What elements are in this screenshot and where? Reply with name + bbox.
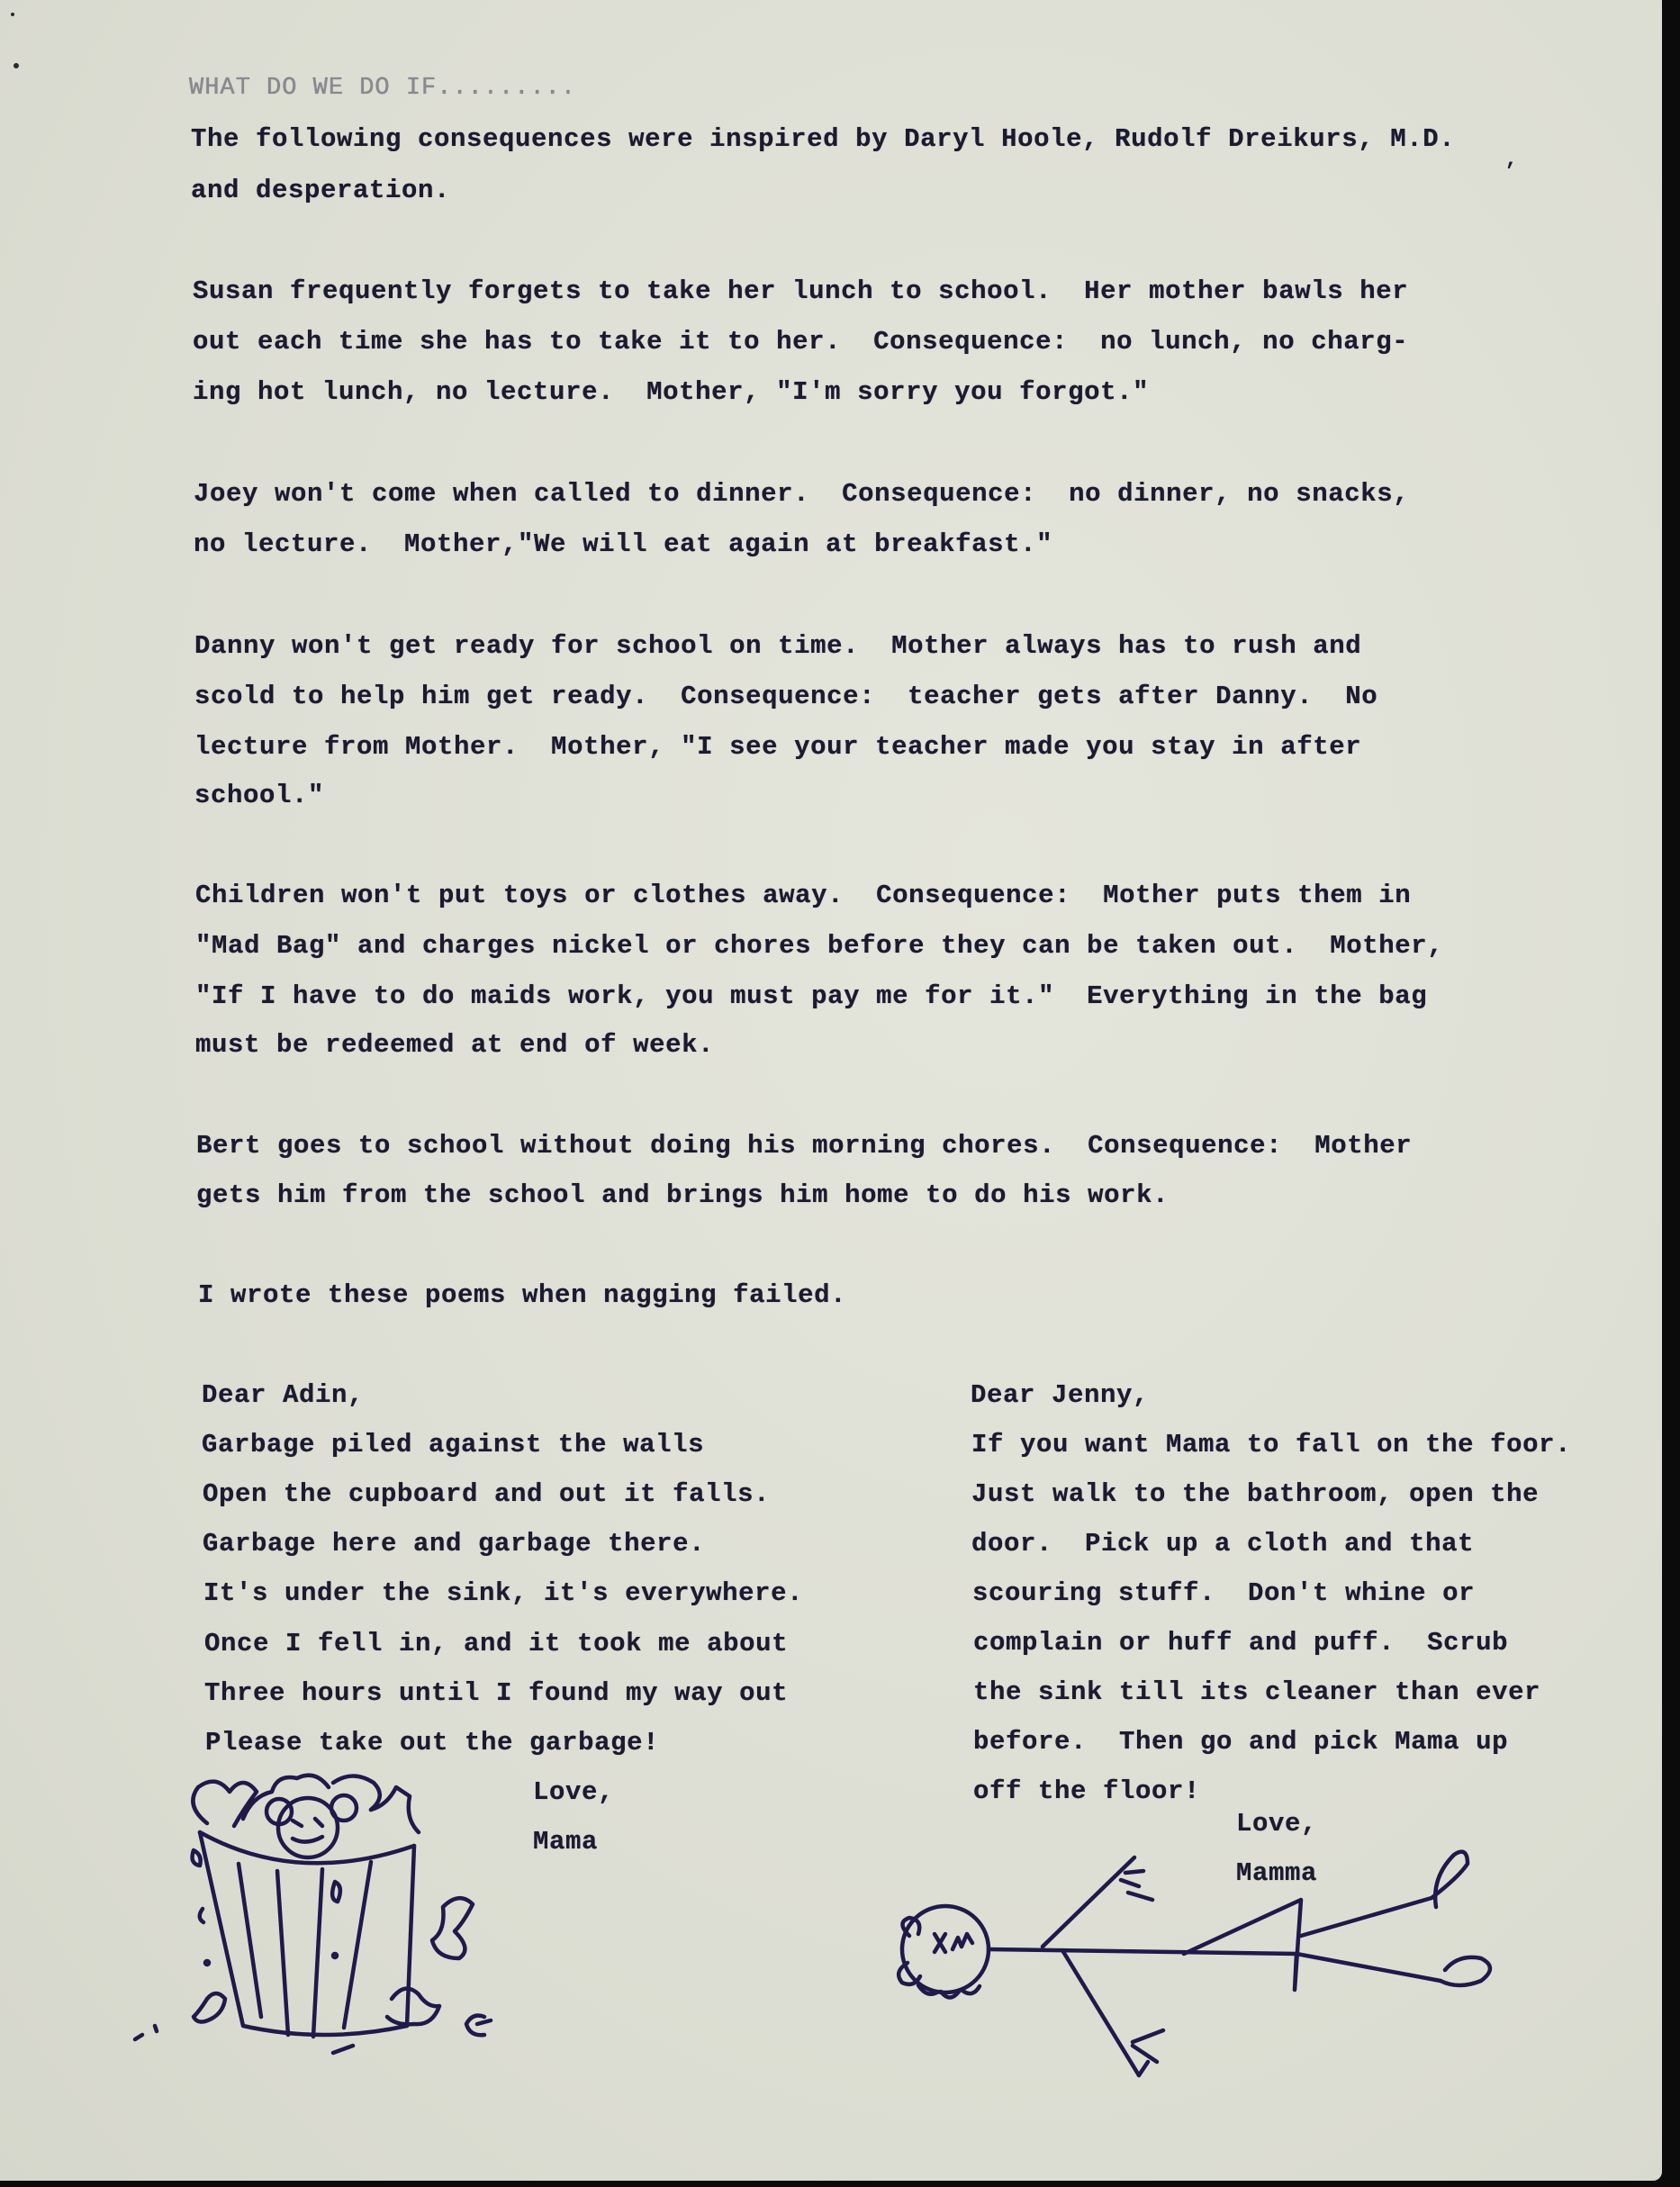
paragraph-line: scold to help him get ready. Consequence… — [194, 681, 1377, 713]
poem-line: Garbage piled against the walls — [202, 1429, 704, 1461]
poem-line: Three hours until I found my way out — [204, 1677, 788, 1710]
poem-line: Open the cupboard and out it falls. — [203, 1478, 770, 1511]
paragraph-line: Susan frequently forgets to take her lun… — [193, 276, 1408, 308]
poem-line: the sink till its cleaner than ever — [973, 1676, 1540, 1709]
poem-line: before. Then go and pick Mama up — [973, 1726, 1508, 1758]
fallen-stick-figure-icon — [846, 1837, 1513, 2098]
poem-closing: Love, — [1236, 1808, 1317, 1840]
garbage-can-icon — [117, 1756, 522, 2062]
paragraph-line: Bert goes to school without doing his mo… — [196, 1130, 1412, 1162]
poem-line: off the floor! — [973, 1776, 1200, 1808]
paragraph-line: school." — [194, 780, 324, 812]
poem-line: door. Pick up a cloth and that — [971, 1528, 1474, 1560]
poem-closing: Love, — [533, 1776, 614, 1809]
paragraph-line: lecture from Mother. Mother, "I see your… — [194, 731, 1361, 764]
poem-line: It's under the sink, it's everywhere. — [203, 1577, 803, 1610]
poem-salutation: Dear Jenny, — [971, 1379, 1149, 1412]
poem-salutation: Dear Adin, — [202, 1379, 364, 1412]
poem-line: Please take out the garbage! — [205, 1727, 659, 1759]
speck — [11, 13, 14, 16]
poem-signature: Mama — [533, 1826, 598, 1858]
poem-line: If you want Mama to fall on the foor. — [971, 1429, 1571, 1461]
intro-line: and desperation. — [191, 175, 450, 207]
typed-page: WHAT DO WE DO IF......... The following … — [0, 0, 1662, 2181]
stray-comma: , — [1505, 144, 1518, 176]
paragraph-line: "Mad Bag" and charges nickel or chores b… — [195, 930, 1443, 962]
paragraph-line: gets him from the school and brings him … — [196, 1179, 1169, 1212]
poem-line: Once I fell in, and it took me about — [204, 1628, 788, 1660]
poem-line: Garbage here and garbage there. — [203, 1528, 705, 1560]
paragraph-line: Joey won't come when called to dinner. C… — [194, 478, 1409, 511]
paragraph-line: ing hot lunch, no lecture. Mother, "I'm … — [193, 376, 1149, 409]
paragraph-line: out each time she has to take it to her.… — [193, 326, 1408, 358]
paragraph-line: must be redeemed at end of week. — [195, 1029, 714, 1062]
poem-line: scouring stuff. Don't whine or — [972, 1577, 1475, 1610]
speck — [14, 63, 19, 68]
poem-line: Just walk to the bathroom, open the — [971, 1478, 1539, 1511]
poem-line: complain or huff and puff. Scrub — [973, 1627, 1508, 1659]
paragraph-line: "If I have to do maids work, you must pa… — [195, 981, 1427, 1013]
poems-intro: I wrote these poems when nagging failed. — [198, 1279, 846, 1312]
intro-line: The following consequences were inspired… — [191, 123, 1455, 156]
paragraph-line: Children won't put toys or clothes away.… — [195, 880, 1411, 912]
page-title: WHAT DO WE DO IF......... — [189, 72, 576, 104]
paragraph-line: Danny won't get ready for school on time… — [194, 630, 1361, 663]
paragraph-line: no lecture. Mother,"We will eat again at… — [194, 529, 1052, 561]
